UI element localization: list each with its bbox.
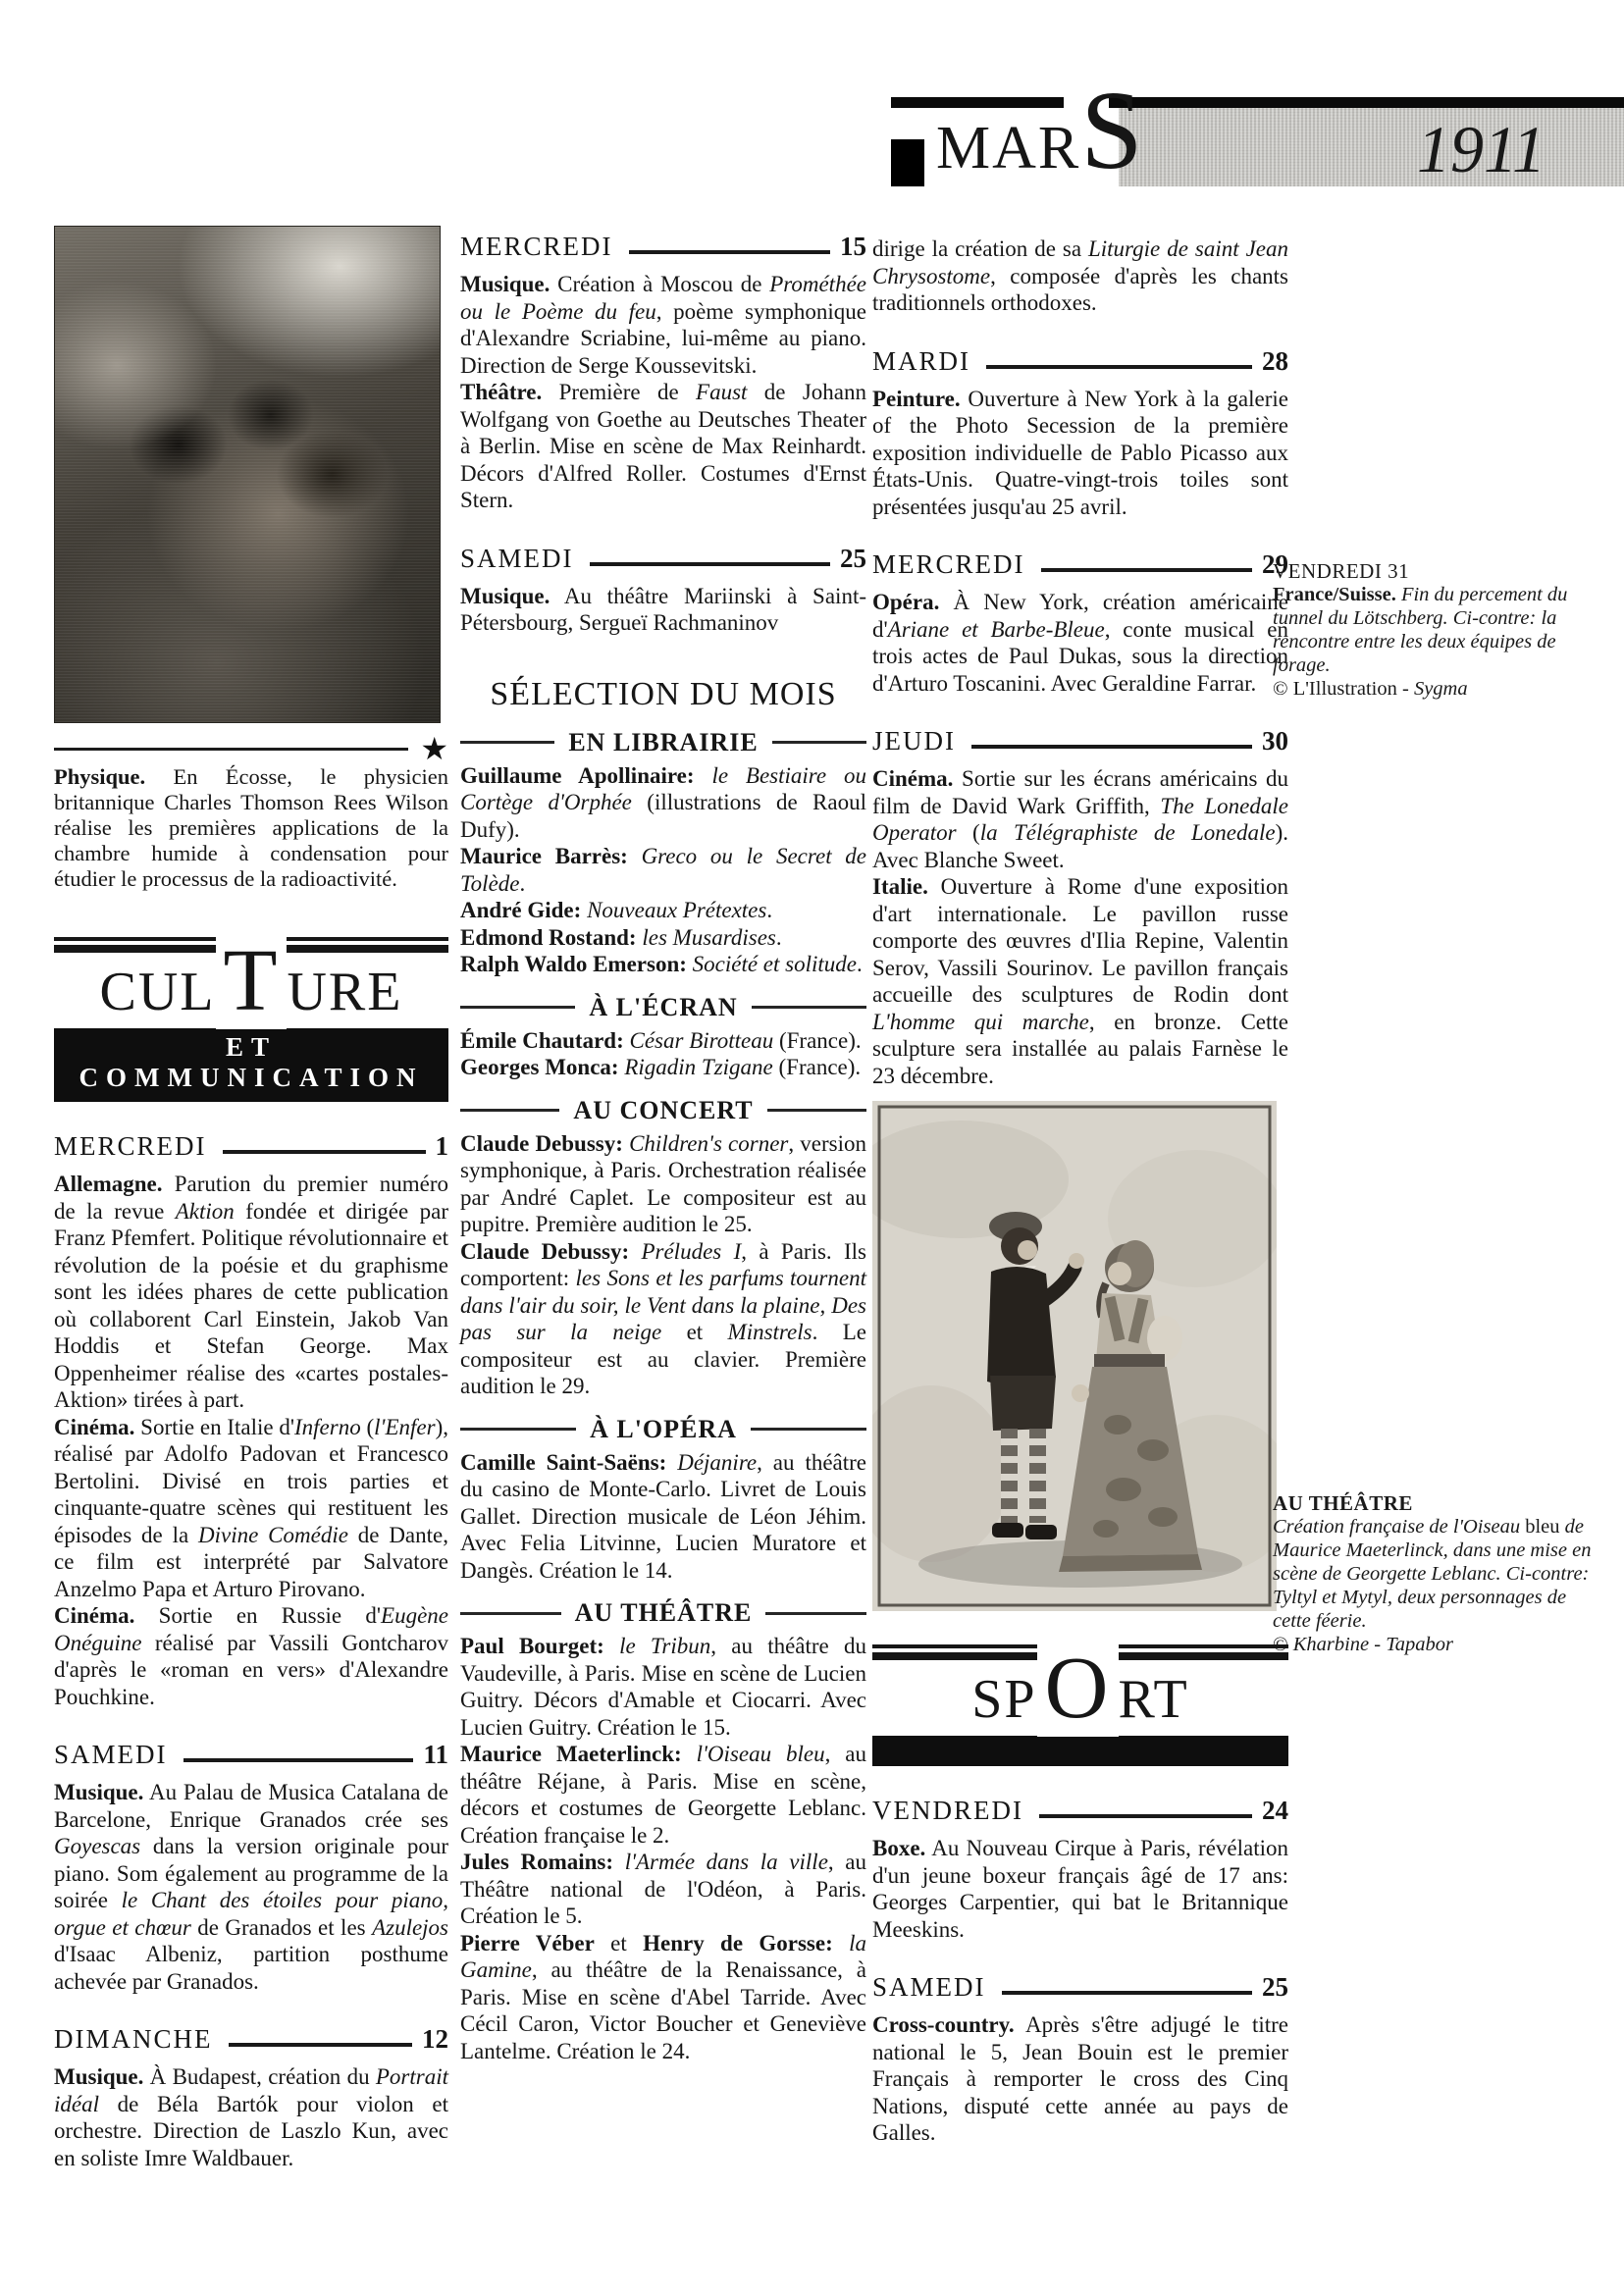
- margin-note-tunnel: VENDREDI 31 France/Suisse. Fin du percem…: [1273, 559, 1604, 701]
- sport-banner-title: SPORT: [872, 1644, 1288, 1728]
- caption-rule: ★: [54, 744, 448, 754]
- day-rule: [1039, 1814, 1252, 1818]
- entry: Peinture. Ouverture à New York à la gale…: [872, 386, 1288, 521]
- day-number: 25: [840, 544, 866, 574]
- culture-banner-subtitle: ET COMMUNICATION: [54, 1028, 448, 1102]
- rule-line: [460, 1612, 561, 1615]
- entry: Musique. Au Palau de Musica Catalana de …: [54, 1779, 448, 1995]
- tunnel-breakthrough-photo: [54, 226, 441, 723]
- day-number: 25: [1262, 1972, 1288, 2003]
- day-number: 15: [840, 232, 866, 262]
- entry: Allemagne. Parution du premier numéro de…: [54, 1171, 448, 1414]
- entry: Opéra. À New York, création américaine d…: [872, 589, 1288, 697]
- sport-banner-bar: [872, 1736, 1288, 1766]
- selection-group-heading: AU THÉÂTRE: [460, 1598, 866, 1628]
- day-rule: [971, 745, 1252, 749]
- banner-title-text: SP: [971, 1669, 1036, 1730]
- star-icon: ★: [420, 744, 448, 754]
- day-rule: [1002, 1991, 1252, 1995]
- sport-banner: SPORT: [872, 1644, 1288, 1766]
- rule-line: [460, 1428, 576, 1431]
- rule-line: [54, 748, 408, 751]
- day-name: SAMEDI: [872, 1972, 986, 2003]
- day-rule: [223, 1150, 426, 1154]
- selection-item: Émile Chautard: César Birotteau (France)…: [460, 1027, 866, 1055]
- selection-item: Georges Monca: Rigadin Tzigane (France).: [460, 1054, 866, 1081]
- day-heading: SAMEDI 25: [460, 544, 866, 574]
- rule-line: [460, 741, 554, 744]
- selection-item: Ralph Waldo Emerson: Société et solitude…: [460, 951, 866, 978]
- day-rule: [629, 250, 830, 254]
- selection-item: Guillaume Apollinaire: le Bestiaire ou C…: [460, 762, 866, 844]
- selection-group-heading: EN LIBRAIRIE: [460, 728, 866, 757]
- day-name: JEUDI: [872, 726, 956, 756]
- month-marker-square-icon: [891, 139, 924, 186]
- selection-item: Claude Debussy: Children's corner, versi…: [460, 1130, 866, 1238]
- rule-line: [772, 741, 866, 744]
- banner-title-text: URE: [287, 962, 402, 1022]
- day-number: 30: [1262, 726, 1288, 756]
- group-heading-label: À L'OPÉRA: [590, 1415, 737, 1444]
- rule-line: [752, 1006, 866, 1009]
- margin-note-heading: AU THÉÂTRE: [1273, 1491, 1604, 1515]
- selection-item: Jules Romains: l'Armée dans la ville, au…: [460, 1849, 866, 1930]
- selection-item: Maurice Maeterlinck: l'Oiseau bleu, au t…: [460, 1741, 866, 1849]
- physics-caption: Physique. En Écosse, le physicien britan…: [54, 764, 448, 892]
- entry: Théâtre. Première de Faust de Johann Wol…: [460, 379, 866, 514]
- day-name: MERCREDI: [460, 232, 613, 262]
- selection-item: André Gide: Nouveaux Prétextes.: [460, 897, 866, 924]
- day-heading: MERCREDI 29: [872, 549, 1288, 580]
- bluebird-children-photo: [872, 1101, 1277, 1611]
- day-heading: MERCREDI 15: [460, 232, 866, 262]
- day-rule: [590, 562, 830, 566]
- day-number: 24: [1262, 1796, 1288, 1826]
- day-heading: MARDI 28: [872, 346, 1288, 377]
- margin-note-theatre: AU THÉÂTRE Création française de l'Oisea…: [1273, 1491, 1604, 1656]
- selection-item: Paul Bourget: le Tribun, au théâtre du V…: [460, 1633, 866, 1741]
- year-band: 1911: [1119, 108, 1624, 186]
- selection-group-heading: AU CONCERT: [460, 1096, 866, 1125]
- day-heading: VENDREDI 24: [872, 1796, 1288, 1826]
- entry: Musique. Création à Moscou de Prométhée …: [460, 271, 866, 379]
- culture-banner: CULTURE ET COMMUNICATION: [54, 937, 448, 1102]
- day-heading: MERCREDI 1: [54, 1131, 448, 1162]
- month-title-text: MAR: [936, 102, 1080, 194]
- selection-item: Edmond Rostand: les Musardises.: [460, 924, 866, 952]
- margin-note-body: France/Suisse. Fin du percement du tunne…: [1273, 583, 1604, 677]
- bluebird-children-photo-art: [872, 1101, 1277, 1611]
- group-heading-label: AU THÉÂTRE: [575, 1598, 753, 1628]
- day-name: DIMANCHE: [54, 2024, 213, 2055]
- month-title-big-letter: S: [1080, 84, 1142, 177]
- page: { "header": { "month_pre": "MAR", "month…: [0, 0, 1624, 2295]
- group-heading-label: À L'ÉCRAN: [589, 993, 737, 1022]
- selection-item: Claude Debussy: Préludes I, à Paris. Ils…: [460, 1238, 866, 1400]
- day-name: VENDREDI: [872, 1796, 1023, 1826]
- day-heading: JEUDI 30: [872, 726, 1288, 756]
- banner-big-letter: T: [216, 932, 288, 1029]
- column-3: dirige la création de sa Liturgie de sai…: [872, 235, 1288, 2147]
- group-heading-label: AU CONCERT: [573, 1096, 753, 1125]
- day-number: 11: [423, 1740, 448, 1770]
- entry: Musique. À Budapest, création du Portrai…: [54, 2063, 448, 2171]
- margin-note-heading: VENDREDI 31: [1273, 559, 1604, 583]
- page-header: 1911 MAR S: [0, 0, 1624, 196]
- day-name: MARDI: [872, 346, 970, 377]
- entry: Cinéma. Sortie sur les écrans américains…: [872, 765, 1288, 873]
- day-rule: [183, 1758, 414, 1762]
- day-heading: SAMEDI 11: [54, 1740, 448, 1770]
- day-number: 28: [1262, 346, 1288, 377]
- entry: Cinéma. Sortie en Russie d'Eugène Onégui…: [54, 1602, 448, 1710]
- selection-group-heading: À L'OPÉRA: [460, 1415, 866, 1444]
- continuation-paragraph: dirige la création de sa Liturgie de sai…: [872, 235, 1288, 317]
- day-number: 1: [436, 1131, 449, 1162]
- header-rule-right: [1109, 97, 1624, 108]
- entry: Italie. Ouverture à Rome d'une expositio…: [872, 873, 1288, 1089]
- day-rule: [1041, 568, 1252, 572]
- day-rule: [229, 2043, 413, 2047]
- day-heading: SAMEDI 25: [872, 1972, 1288, 2003]
- selection-title: SÉLECTION DU MOIS: [460, 676, 866, 713]
- rule-line: [460, 1109, 559, 1112]
- culture-banner-title: CULTURE: [54, 937, 448, 1020]
- year-label: 1911: [1417, 114, 1545, 184]
- margin-note-credit: © Kharbine - Tapabor: [1273, 1633, 1604, 1656]
- day-name: MERCREDI: [872, 549, 1025, 580]
- entry: Cross-country. Après s'être adjugé le ti…: [872, 2011, 1288, 2147]
- day-name: SAMEDI: [54, 1740, 168, 1770]
- day-name: SAMEDI: [460, 544, 574, 574]
- rule-line: [751, 1428, 866, 1431]
- selection-group-heading: À L'ÉCRAN: [460, 993, 866, 1022]
- rule-line: [765, 1612, 866, 1615]
- day-number: 12: [422, 2024, 448, 2055]
- group-heading-label: EN LIBRAIRIE: [568, 728, 758, 757]
- entry: Cinéma. Sortie en Italie d'Inferno (l'En…: [54, 1414, 448, 1603]
- selection-item: Camille Saint-Saëns: Déjanire, au théâtr…: [460, 1449, 866, 1585]
- day-name: MERCREDI: [54, 1131, 207, 1162]
- rule-line: [767, 1109, 866, 1112]
- day-rule: [986, 365, 1252, 369]
- rule-line: [460, 1006, 575, 1009]
- banner-big-letter: O: [1037, 1640, 1119, 1737]
- entry: Musique. Au théâtre Mariinski à Saint-Pé…: [460, 583, 866, 637]
- column-2: MERCREDI 15 Musique. Création à Moscou d…: [460, 232, 866, 2064]
- month-title: MAR S: [891, 84, 1143, 194]
- selection-item: Pierre Véber et Henry de Gorsse: la Gami…: [460, 1930, 866, 2065]
- banner-title-text: CUL: [100, 962, 216, 1022]
- entry: Boxe. Au Nouveau Cirque à Paris, révélat…: [872, 1835, 1288, 1943]
- column-1: ★ Physique. En Écosse, le physicien brit…: [54, 226, 448, 2171]
- banner-title-text: RT: [1119, 1669, 1189, 1730]
- margin-note-credit: © L'Illustration - Sygma: [1273, 677, 1604, 701]
- day-heading: DIMANCHE 12: [54, 2024, 448, 2055]
- margin-note-body: Création française de l'Oiseau bleu de M…: [1273, 1515, 1604, 1633]
- selection-item: Maurice Barrès: Greco ou le Secret de To…: [460, 843, 866, 897]
